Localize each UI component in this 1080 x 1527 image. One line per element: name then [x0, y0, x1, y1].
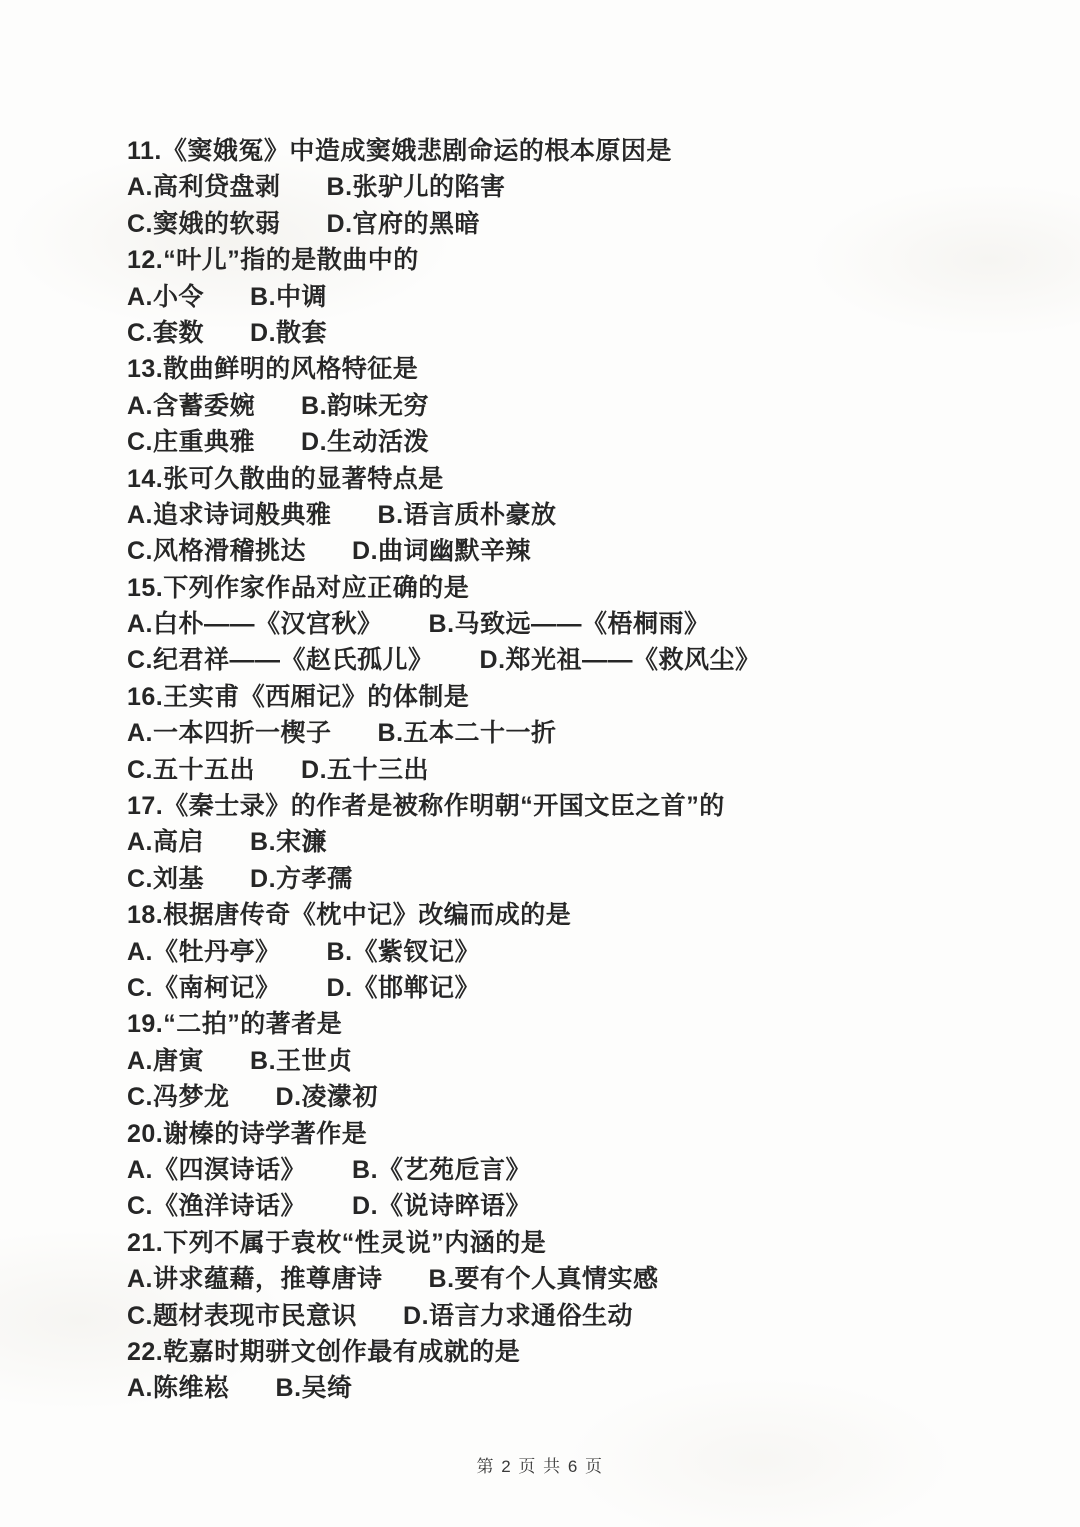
question-stem: 11.《窦娥冤》中造成窦娥悲剧命运的根本原因是	[127, 133, 1027, 169]
question-stem: 22.乾嘉时期骈文创作最有成就的是	[127, 1334, 1027, 1370]
question-stem: 17.《秦士录》的作者是被称作明朝“开国文臣之首”的	[127, 788, 1027, 824]
option: C.庄重典雅	[127, 428, 255, 456]
question-stem: 20.谢榛的诗学著作是	[127, 1116, 1027, 1152]
option: A.陈维崧	[127, 1374, 230, 1402]
option: B.马致远——《梧桐雨》	[429, 610, 710, 638]
option-row: C.《渔洋诗话》D.《说诗晬语》	[127, 1188, 1027, 1224]
option: D.《邯郸记》	[327, 974, 481, 1002]
option: B.中调	[250, 283, 327, 311]
question-stem: 16.王实甫《西厢记》的体制是	[127, 679, 1027, 715]
option: D.郑光祖——《救风尘》	[480, 646, 761, 674]
option-row: A.讲求蕴藉，推尊唐诗B.要有个人真情实感	[127, 1261, 1027, 1297]
option: B.吴绮	[276, 1374, 353, 1402]
question-stem: 13.散曲鲜明的风格特征是	[127, 351, 1027, 387]
option-row: A.含蓄委婉B.韵味无穷	[127, 388, 1027, 424]
option: B.《紫钗记》	[327, 938, 481, 966]
option: A.含蓄委婉	[127, 392, 255, 420]
question-stem: 18.根据唐传奇《枕中记》改编而成的是	[127, 897, 1027, 933]
option: B.韵味无穷	[301, 392, 429, 420]
option: C.《南柯记》	[127, 974, 281, 1002]
option-row: A.唐寅B.王世贞	[127, 1043, 1027, 1079]
question-list: 11.《窦娥冤》中造成窦娥悲剧命运的根本原因是A.高利贷盘剥B.张驴儿的陷害C.…	[127, 133, 1027, 1407]
option: C.窦娥的软弱	[127, 210, 281, 238]
question-stem: 21.下列不属于袁枚“性灵说”内涵的是	[127, 1225, 1027, 1261]
option: B.五本二十一折	[378, 719, 557, 747]
option: A.小令	[127, 283, 204, 311]
option: A.讲求蕴藉，推尊唐诗	[127, 1265, 383, 1293]
question-stem: 12.“叶儿”指的是散曲中的	[127, 242, 1027, 278]
option: D.凌濛初	[276, 1083, 379, 1111]
option: A.《牡丹亭》	[127, 938, 281, 966]
option-row: C.冯梦龙D.凌濛初	[127, 1079, 1027, 1115]
option: C.风格滑稽挑达	[127, 537, 306, 565]
option: C.套数	[127, 319, 204, 347]
option: D.方孝孺	[250, 865, 353, 893]
question-stem: 14.张可久散曲的显著特点是	[127, 461, 1027, 497]
option: D.五十三出	[301, 756, 429, 784]
option-row: A.追求诗词般典雅B.语言质朴豪放	[127, 497, 1027, 533]
option-row: A.《四溟诗话》B.《艺苑卮言》	[127, 1152, 1027, 1188]
question-stem: 15.下列作家作品对应正确的是	[127, 570, 1027, 606]
option: D.曲词幽默辛辣	[352, 537, 531, 565]
option-row: A.高启B.宋濂	[127, 824, 1027, 860]
option-row: C.《南柯记》D.《邯郸记》	[127, 970, 1027, 1006]
option: A.一本四折一楔子	[127, 719, 332, 747]
option: B.王世贞	[250, 1047, 353, 1075]
option: A.追求诗词般典雅	[127, 501, 332, 529]
page-number-label: 第 2 页 共 6 页	[476, 1457, 603, 1476]
option: A.高利贷盘剥	[127, 173, 281, 201]
option: C.冯梦龙	[127, 1083, 230, 1111]
option: D.散套	[250, 319, 327, 347]
option: B.张驴儿的陷害	[327, 173, 506, 201]
option-row: C.套数D.散套	[127, 315, 1027, 351]
option-row: A.《牡丹亭》B.《紫钗记》	[127, 934, 1027, 970]
option-row: A.一本四折一楔子B.五本二十一折	[127, 715, 1027, 751]
option: C.题材表现市民意识	[127, 1302, 357, 1330]
option-row: C.纪君祥——《赵氏孤儿》D.郑光祖——《救风尘》	[127, 642, 1027, 678]
option-row: C.刘基D.方孝孺	[127, 861, 1027, 897]
option-row: A.高利贷盘剥B.张驴儿的陷害	[127, 169, 1027, 205]
option-row: C.五十五出D.五十三出	[127, 752, 1027, 788]
option: A.《四溟诗话》	[127, 1156, 306, 1184]
option: C.纪君祥——《赵氏孤儿》	[127, 646, 434, 674]
option: C.刘基	[127, 865, 204, 893]
option: D.《说诗晬语》	[352, 1192, 531, 1220]
option-row: C.庄重典雅D.生动活泼	[127, 424, 1027, 460]
option: B.《艺苑卮言》	[352, 1156, 531, 1184]
exam-page: 11.《窦娥冤》中造成窦娥悲剧命运的根本原因是A.高利贷盘剥B.张驴儿的陷害C.…	[0, 0, 1080, 1527]
option: D.官府的黑暗	[327, 210, 481, 238]
question-stem: 19.“二拍”的著者是	[127, 1006, 1027, 1042]
option: A.高启	[127, 828, 204, 856]
option: A.唐寅	[127, 1047, 204, 1075]
option-row: C.风格滑稽挑达D.曲词幽默辛辣	[127, 533, 1027, 569]
option-row: C.窦娥的软弱D.官府的黑暗	[127, 206, 1027, 242]
option: B.宋濂	[250, 828, 327, 856]
option: D.生动活泼	[301, 428, 429, 456]
option: C.五十五出	[127, 756, 255, 784]
option: D.语言力求通俗生动	[403, 1302, 633, 1330]
option: C.《渔洋诗话》	[127, 1192, 306, 1220]
option-row: A.白朴——《汉宫秋》B.马致远——《梧桐雨》	[127, 606, 1027, 642]
option-row: A.陈维崧B.吴绮	[127, 1370, 1027, 1406]
option: A.白朴——《汉宫秋》	[127, 610, 383, 638]
option: B.语言质朴豪放	[378, 501, 557, 529]
option: B.要有个人真情实感	[429, 1265, 659, 1293]
option-row: C.题材表现市民意识D.语言力求通俗生动	[127, 1298, 1027, 1334]
page-footer: 第 2 页 共 6 页	[0, 1452, 1080, 1477]
option-row: A.小令B.中调	[127, 279, 1027, 315]
